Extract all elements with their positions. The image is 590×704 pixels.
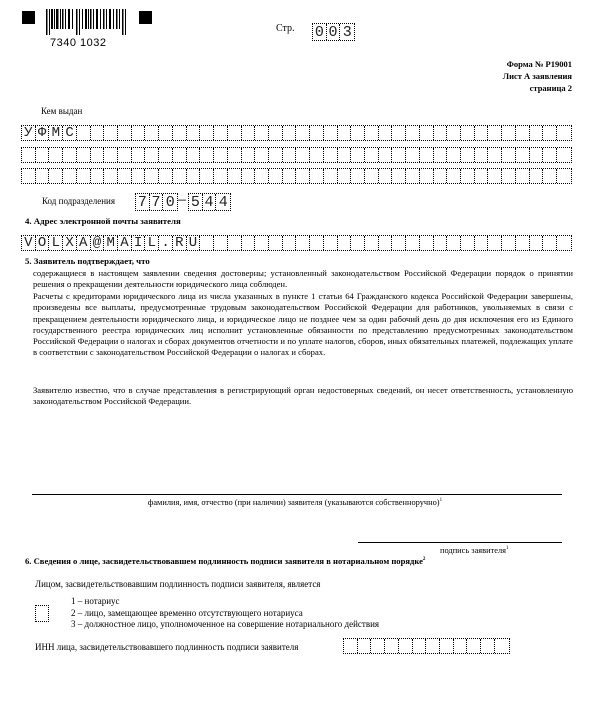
fio-caption: фамилия, имя, отчество (при наличии) зая…: [0, 498, 590, 507]
inn-digit-cell: [399, 639, 413, 653]
issued-by-char-cell: [132, 169, 146, 183]
issued-by-char-cell: [91, 126, 105, 140]
email-char-cell: [447, 236, 461, 250]
notary-role-label: Лицом, засвидетельствовавшим подлинность…: [35, 579, 320, 589]
email-char-cell: [296, 236, 310, 250]
issued-by-char-cell: [310, 148, 324, 162]
issued-by-char-cell: [351, 148, 365, 162]
issued-by-char-cell: [49, 169, 63, 183]
issued-by-char-cell: [557, 126, 571, 140]
section4-title: 4. Адрес электронной почты заявителя: [25, 216, 181, 226]
email-char-cell: A: [77, 236, 91, 250]
issued-by-char-cell: [434, 148, 448, 162]
email-char-cell: [269, 236, 283, 250]
issued-by-char-cell: [214, 169, 228, 183]
issued-by-char-cell: [200, 126, 214, 140]
issued-by-row-3[interactable]: [21, 168, 572, 184]
email-char-cell: [365, 236, 379, 250]
issued-by-char-cell: [104, 148, 118, 162]
issued-by-char-cell: [187, 126, 201, 140]
email-char-cell: I: [132, 236, 146, 250]
inn-digit-cell: [413, 639, 427, 653]
issued-by-char-cell: [420, 148, 434, 162]
email-char-cell: R: [173, 236, 187, 250]
issued-by-char-cell: [502, 126, 516, 140]
issued-by-char-cell: [159, 148, 173, 162]
email-char-cell: [516, 236, 530, 250]
registration-marker-right: [139, 11, 152, 24]
issued-by-char-cell: [255, 148, 269, 162]
section5-title: 5. Заявитель подтверждает, что: [25, 256, 150, 266]
issued-by-char-cell: [22, 148, 36, 162]
issued-by-char-cell: [516, 169, 530, 183]
issued-by-char-cell: [118, 148, 132, 162]
issued-by-char-cell: [283, 148, 297, 162]
email-char-cell: [406, 236, 420, 250]
issued-by-char-cell: [488, 169, 502, 183]
issued-by-char-cell: [324, 126, 338, 140]
issued-by-char-cell: [351, 169, 365, 183]
issued-by-char-cell: [145, 169, 159, 183]
issued-by-char-cell: [283, 126, 297, 140]
page-label: Стр.: [276, 23, 295, 34]
issued-by-char-cell: [269, 148, 283, 162]
issued-by-char-cell: [324, 169, 338, 183]
issued-by-char-cell: [187, 148, 201, 162]
inn-digit-cell: [385, 639, 399, 653]
inn-digit-cell: [454, 639, 468, 653]
confirmation-paragraph-1: содержащиеся в настоящем заявлении сведе…: [33, 268, 573, 291]
barcode-icon: [46, 9, 128, 35]
issued-by-char-cell: [173, 169, 187, 183]
email-char-cell: [420, 236, 434, 250]
issued-by-char-cell: [22, 169, 36, 183]
issued-by-char-cell: С: [63, 126, 77, 140]
issued-by-char-cell: [420, 169, 434, 183]
issued-by-char-cell: [228, 148, 242, 162]
fio-signature-line: [32, 494, 562, 495]
issued-by-char-cell: [392, 126, 406, 140]
issued-by-char-cell: [392, 148, 406, 162]
issued-by-char-cell: [488, 148, 502, 162]
page-number-field[interactable]: 003: [312, 23, 355, 41]
email-char-cell: [392, 236, 406, 250]
issued-by-char-cell: [379, 126, 393, 140]
issued-by-char-cell: [488, 126, 502, 140]
issued-by-char-cell: [475, 169, 489, 183]
issued-by-char-cell: [392, 169, 406, 183]
issued-by-char-cell: [434, 126, 448, 140]
issued-by-row-2[interactable]: [21, 147, 572, 163]
issued-by-label: Кем выдан: [41, 106, 82, 116]
issued-by-char-cell: [214, 148, 228, 162]
email-char-cell: [255, 236, 269, 250]
issued-by-char-cell: [447, 169, 461, 183]
issued-by-char-cell: [338, 169, 352, 183]
issued-by-char-cell: [530, 126, 544, 140]
notary-option-2: 2 – лицо, замещающее временно отсутствую…: [71, 608, 303, 620]
inn-digit-cell: [426, 639, 440, 653]
registration-marker-left: [22, 11, 35, 24]
issued-by-char-cell: [242, 169, 256, 183]
email-char-cell: [228, 236, 242, 250]
issued-by-char-cell: [228, 126, 242, 140]
email-char-cell: [351, 236, 365, 250]
email-char-cell: A: [118, 236, 132, 250]
signature-line: [358, 542, 562, 543]
section6-title: 6. Сведения о лице, засвидетельствовавше…: [25, 556, 425, 566]
issued-by-char-cell: [296, 148, 310, 162]
issued-by-char-cell: [132, 148, 146, 162]
division-code-digit-cell: 4: [203, 194, 217, 210]
confirmation-paragraph-2: Расчеты с кредиторами юридического лица …: [33, 291, 573, 359]
issued-by-char-cell: [283, 169, 297, 183]
issued-by-char-cell: [557, 169, 571, 183]
issued-by-char-cell: [310, 126, 324, 140]
issued-by-char-cell: [296, 169, 310, 183]
issued-by-char-cell: [406, 169, 420, 183]
email-char-cell: [242, 236, 256, 250]
sheet-title: Лист А заявления: [503, 71, 572, 81]
email-char-cell: [379, 236, 393, 250]
issued-by-char-cell: [434, 169, 448, 183]
email-char-cell: [214, 236, 228, 250]
issued-by-char-cell: [173, 148, 187, 162]
page-digit-cell: 0: [313, 24, 327, 40]
issued-by-char-cell: [132, 126, 146, 140]
page-digit-cell: 0: [327, 24, 341, 40]
email-char-cell: [502, 236, 516, 250]
issued-by-char-cell: [104, 169, 118, 183]
issued-by-char-cell: [543, 169, 557, 183]
confirmation-paragraph-3: Заявителю известно, что в случае предста…: [33, 385, 573, 408]
division-code-digit-cell: 7: [150, 194, 164, 210]
email-char-cell: .: [159, 236, 173, 250]
email-char-cell: [530, 236, 544, 250]
issued-by-char-cell: [77, 148, 91, 162]
issued-by-char-cell: [447, 126, 461, 140]
issued-by-char-cell: [255, 169, 269, 183]
issued-by-char-cell: [77, 169, 91, 183]
notary-option-1: 1 – нотариус: [71, 596, 120, 608]
issued-by-char-cell: [173, 126, 187, 140]
issued-by-char-cell: [36, 169, 50, 183]
issued-by-char-cell: Ф: [36, 126, 50, 140]
notary-role-cell: [36, 606, 48, 621]
issued-by-char-cell: [63, 169, 77, 183]
issued-by-char-cell: [145, 148, 159, 162]
issued-by-char-cell: [557, 148, 571, 162]
email-char-cell: L: [145, 236, 159, 250]
issued-by-char-cell: [516, 126, 530, 140]
issued-by-char-cell: [406, 148, 420, 162]
division-code-label: Код подразделения: [42, 196, 115, 206]
email-char-cell: L: [49, 236, 63, 250]
issued-by-char-cell: [91, 148, 105, 162]
issued-by-char-cell: [118, 169, 132, 183]
page-digit-cell: 3: [340, 24, 354, 40]
issued-by-char-cell: [502, 169, 516, 183]
email-char-cell: @: [91, 236, 105, 250]
email-char-cell: [324, 236, 338, 250]
inn-digit-cell: [467, 639, 481, 653]
inn-digit-cell: [358, 639, 372, 653]
issued-by-char-cell: [420, 126, 434, 140]
email-char-cell: X: [63, 236, 77, 250]
email-char-cell: [543, 236, 557, 250]
issued-by-char-cell: У: [22, 126, 36, 140]
division-code-digit-cell: 4: [216, 194, 230, 210]
email-char-cell: [200, 236, 214, 250]
page-title: страница 2: [530, 83, 572, 93]
email-char-cell: [475, 236, 489, 250]
division-code-left-field[interactable]: 770: [135, 193, 178, 211]
division-code-right-field[interactable]: 544: [188, 193, 231, 211]
issued-by-char-cell: [200, 169, 214, 183]
signature-caption: подпись заявителя1: [440, 546, 509, 555]
issued-by-char-cell: [351, 126, 365, 140]
issued-by-char-cell: [338, 148, 352, 162]
issued-by-char-cell: [406, 126, 420, 140]
issued-by-char-cell: [324, 148, 338, 162]
inn-label: ИНН лица, засвидетельствовавшего подлинн…: [35, 642, 298, 652]
issued-by-char-cell: [530, 169, 544, 183]
issued-by-char-cell: [475, 126, 489, 140]
issued-by-char-cell: [49, 148, 63, 162]
issued-by-char-cell: [543, 148, 557, 162]
issued-by-char-cell: [145, 126, 159, 140]
issued-by-char-cell: [461, 169, 475, 183]
email-char-cell: [310, 236, 324, 250]
barcode-number: 7340 1032: [50, 37, 107, 49]
inn-digit-cell: [371, 639, 385, 653]
issued-by-char-cell: [379, 148, 393, 162]
inn-digit-cell: [344, 639, 358, 653]
issued-by-char-cell: [310, 169, 324, 183]
issued-by-char-cell: [530, 148, 544, 162]
issued-by-char-cell: [159, 169, 173, 183]
issued-by-char-cell: М: [49, 126, 63, 140]
division-code-separator: –: [178, 191, 186, 209]
issued-by-char-cell: [159, 126, 173, 140]
division-code-digit-cell: 7: [136, 194, 150, 210]
issued-by-char-cell: [365, 126, 379, 140]
inn-digit-cell: [495, 639, 509, 653]
issued-by-char-cell: [91, 169, 105, 183]
issued-by-char-cell: [461, 148, 475, 162]
issued-by-char-cell: [36, 148, 50, 162]
inn-digit-cell: [481, 639, 495, 653]
notary-option-3: 3 – должностное лицо, уполномоченное на …: [71, 619, 379, 631]
issued-by-char-cell: [338, 126, 352, 140]
issued-by-char-cell: [502, 148, 516, 162]
email-char-cell: [434, 236, 448, 250]
issued-by-char-cell: [516, 148, 530, 162]
email-field[interactable]: VOLXA@MAIL.RU: [21, 235, 572, 251]
issued-by-char-cell: [118, 126, 132, 140]
issued-by-char-cell: [77, 126, 91, 140]
issued-by-char-cell: [63, 148, 77, 162]
issued-by-row-1[interactable]: УФМС: [21, 125, 572, 141]
email-char-cell: U: [187, 236, 201, 250]
issued-by-char-cell: [269, 126, 283, 140]
issued-by-char-cell: [214, 126, 228, 140]
issued-by-char-cell: [242, 148, 256, 162]
email-char-cell: [488, 236, 502, 250]
issued-by-char-cell: [242, 126, 256, 140]
inn-field[interactable]: [343, 638, 510, 654]
issued-by-char-cell: [365, 148, 379, 162]
issued-by-char-cell: [461, 126, 475, 140]
issued-by-char-cell: [379, 169, 393, 183]
issued-by-char-cell: [228, 169, 242, 183]
form-title: Форма № Р19001: [507, 59, 572, 69]
issued-by-char-cell: [104, 126, 118, 140]
email-char-cell: O: [36, 236, 50, 250]
email-char-cell: [461, 236, 475, 250]
issued-by-char-cell: [365, 169, 379, 183]
email-char-cell: V: [22, 236, 36, 250]
issued-by-char-cell: [543, 126, 557, 140]
issued-by-char-cell: [187, 169, 201, 183]
issued-by-char-cell: [475, 148, 489, 162]
notary-role-field[interactable]: [35, 605, 49, 622]
issued-by-char-cell: [269, 169, 283, 183]
issued-by-char-cell: [447, 148, 461, 162]
email-char-cell: [557, 236, 571, 250]
issued-by-char-cell: [255, 126, 269, 140]
division-code-digit-cell: 5: [189, 194, 203, 210]
issued-by-char-cell: [296, 126, 310, 140]
email-char-cell: [283, 236, 297, 250]
division-code-digit-cell: 0: [163, 194, 177, 210]
email-char-cell: M: [104, 236, 118, 250]
email-char-cell: [338, 236, 352, 250]
inn-digit-cell: [440, 639, 454, 653]
issued-by-char-cell: [200, 148, 214, 162]
